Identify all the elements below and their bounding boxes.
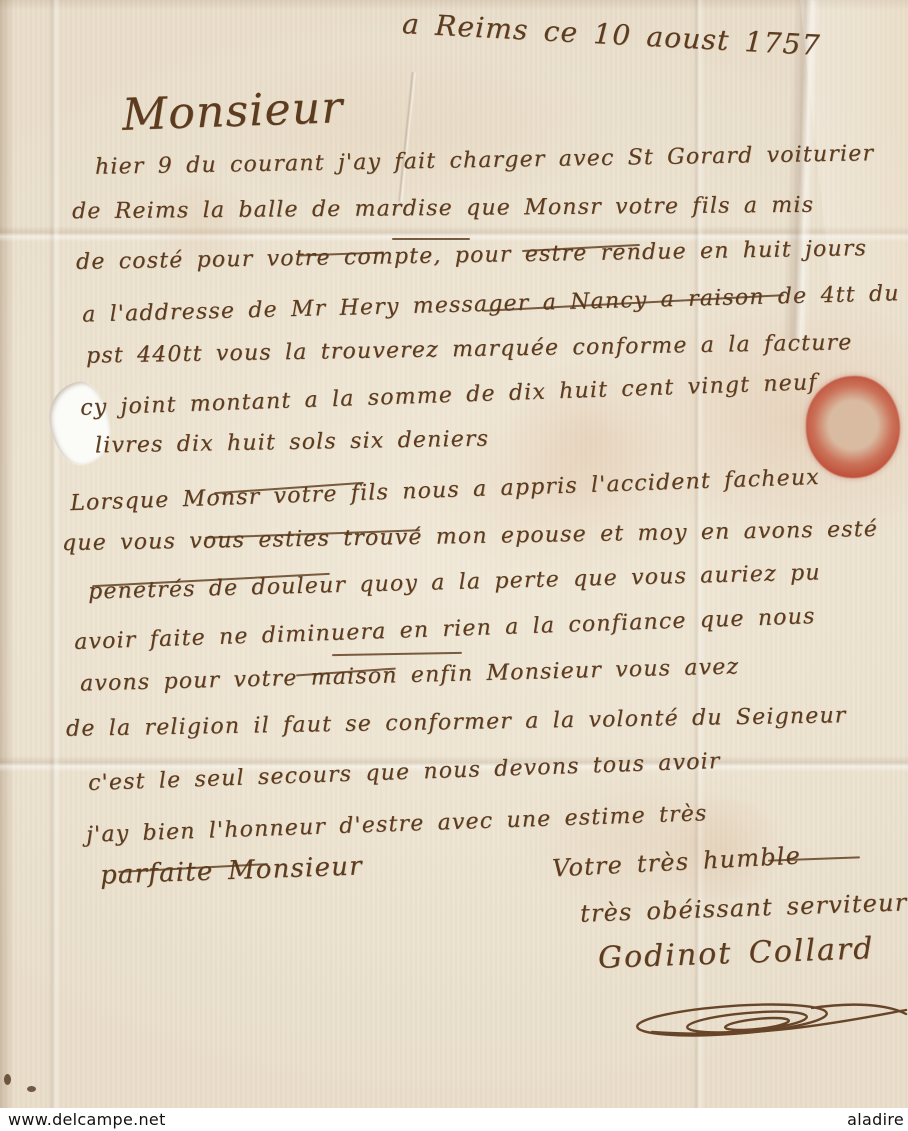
- watermark-seller-name: aladire: [847, 1110, 904, 1129]
- red-wax-seal: [806, 376, 900, 478]
- watermark-site-url: www.delcampe.net: [8, 1110, 166, 1129]
- paper-top-edge-shadow: [0, 0, 908, 10]
- paper-left-edge-shadow: [0, 0, 14, 1108]
- vertical-fold-crease: [48, 0, 60, 1108]
- watermark-bar: www.delcampe.net aladire: [0, 1108, 908, 1131]
- signature-flourish: [612, 980, 908, 1050]
- salutation: Monsieur: [121, 82, 344, 141]
- ink-speck: [27, 1086, 36, 1092]
- ink-strike: [392, 238, 470, 240]
- ink-speck: [4, 1074, 11, 1085]
